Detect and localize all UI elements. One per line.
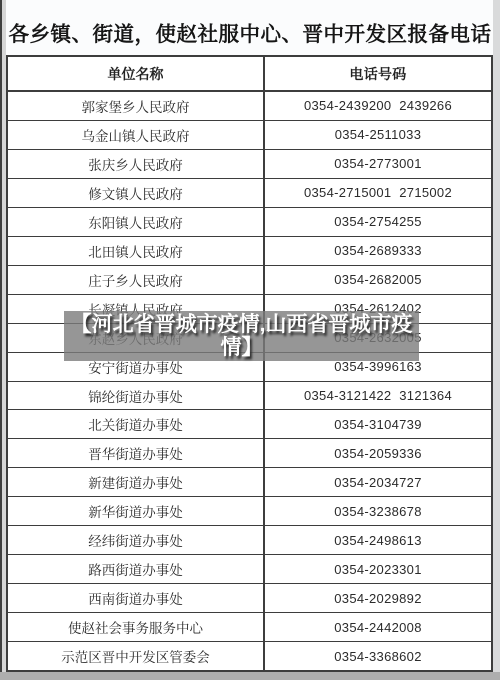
unit-name-cell: 晋华街道办事处 xyxy=(8,439,265,467)
table-row: 新华街道办事处 0354-3238678 xyxy=(8,497,491,526)
phone-number-cell: 0354-2439200 2439266 xyxy=(265,92,491,120)
unit-name-cell: 经纬街道办事处 xyxy=(8,526,265,554)
watermark-text: 【河北省晋城市疫情,山西省晋城市疫 情】 xyxy=(71,313,413,359)
unit-name-cell: 新华街道办事处 xyxy=(8,497,265,525)
table-row: 示范区晋中开发区管委会 0354-3368602 xyxy=(8,642,491,670)
phone-number-cell: 0354-2059336 xyxy=(265,439,491,467)
unit-name-cell: 示范区晋中开发区管委会 xyxy=(8,642,265,670)
unit-name-cell: 郭家堡乡人民政府 xyxy=(8,92,265,120)
phone-number-cell: 0354-2511033 xyxy=(265,121,491,149)
unit-name-cell: 路西街道办事处 xyxy=(8,555,265,583)
table-row: 西南街道办事处 0354-2029892 xyxy=(8,584,491,613)
table-row: 北关街道办事处 0354-3104739 xyxy=(8,410,491,439)
phone-number-cell: 0354-2442008 xyxy=(265,613,491,641)
table-row: 新建街道办事处 0354-2034727 xyxy=(8,468,491,497)
table-row: 乌金山镇人民政府 0354-2511033 xyxy=(8,121,491,150)
unit-name-cell: 锦纶街道办事处 xyxy=(8,382,265,410)
photo-margin-bottom xyxy=(0,672,500,680)
phone-number-cell: 0354-3104739 xyxy=(265,410,491,438)
unit-name-cell: 北关街道办事处 xyxy=(8,410,265,438)
unit-name-cell: 新建街道办事处 xyxy=(8,468,265,496)
unit-name-cell: 乌金山镇人民政府 xyxy=(8,121,265,149)
phone-number-cell: 0354-2754255 xyxy=(265,208,491,236)
document-photo: 各乡镇、街道，使赵社服中心、晋中开发区报备电话 单位名称 电话号码 郭家堡乡人民… xyxy=(0,0,500,680)
phone-number-cell: 0354-2498613 xyxy=(265,526,491,554)
table-row: 张庆乡人民政府 0354-2773001 xyxy=(8,150,491,179)
table-row: 东阳镇人民政府 0354-2754255 xyxy=(8,208,491,237)
column-header-phone-number: 电话号码 xyxy=(265,57,491,90)
unit-name-cell: 庄子乡人民政府 xyxy=(8,266,265,294)
watermark-line1: 【河北省晋城市疫情,山西省晋城市疫 xyxy=(71,313,413,336)
table-row: 锦纶街道办事处 0354-3121422 3121364 xyxy=(8,382,491,411)
unit-name-cell: 修文镇人民政府 xyxy=(8,179,265,207)
column-header-unit-name: 单位名称 xyxy=(8,57,265,90)
phone-number-cell: 0354-2034727 xyxy=(265,468,491,496)
unit-name-cell: 东阳镇人民政府 xyxy=(8,208,265,236)
unit-name-cell: 西南街道办事处 xyxy=(8,584,265,612)
phone-number-cell: 0354-2023301 xyxy=(265,555,491,583)
table-row: 修文镇人民政府 0354-2715001 2715002 xyxy=(8,179,491,208)
unit-name-cell: 使赵社会事务服务中心 xyxy=(8,613,265,641)
photo-margin-right xyxy=(493,0,500,680)
watermark-overlay: 【河北省晋城市疫情,山西省晋城市疫 情】 xyxy=(64,311,419,361)
unit-name-cell: 北田镇人民政府 xyxy=(8,237,265,265)
page-title: 各乡镇、街道，使赵社服中心、晋中开发区报备电话 xyxy=(8,8,492,55)
table-row: 晋华街道办事处 0354-2059336 xyxy=(8,439,491,468)
phone-number-cell: 0354-2689333 xyxy=(265,237,491,265)
phone-number-cell: 0354-2682005 xyxy=(265,266,491,294)
table-row: 郭家堡乡人民政府 0354-2439200 2439266 xyxy=(8,92,491,121)
phone-number-cell: 0354-2773001 xyxy=(265,150,491,178)
phone-directory-table: 单位名称 电话号码 郭家堡乡人民政府 0354-2439200 2439266 … xyxy=(6,55,493,672)
unit-name-cell: 张庆乡人民政府 xyxy=(8,150,265,178)
table-header-row: 单位名称 电话号码 xyxy=(8,57,491,92)
phone-number-cell: 0354-3238678 xyxy=(265,497,491,525)
watermark-line2: 情】 xyxy=(221,336,263,359)
phone-number-cell: 0354-2715001 2715002 xyxy=(265,179,491,207)
phone-number-cell: 0354-3121422 3121364 xyxy=(265,382,491,410)
table-row: 使赵社会事务服务中心 0354-2442008 xyxy=(8,613,491,642)
phone-number-cell: 0354-3368602 xyxy=(265,642,491,670)
table-row: 路西街道办事处 0354-2023301 xyxy=(8,555,491,584)
table-row: 北田镇人民政府 0354-2689333 xyxy=(8,237,491,266)
table-row: 经纬街道办事处 0354-2498613 xyxy=(8,526,491,555)
table-row: 庄子乡人民政府 0354-2682005 xyxy=(8,266,491,295)
phone-number-cell: 0354-2029892 xyxy=(265,584,491,612)
